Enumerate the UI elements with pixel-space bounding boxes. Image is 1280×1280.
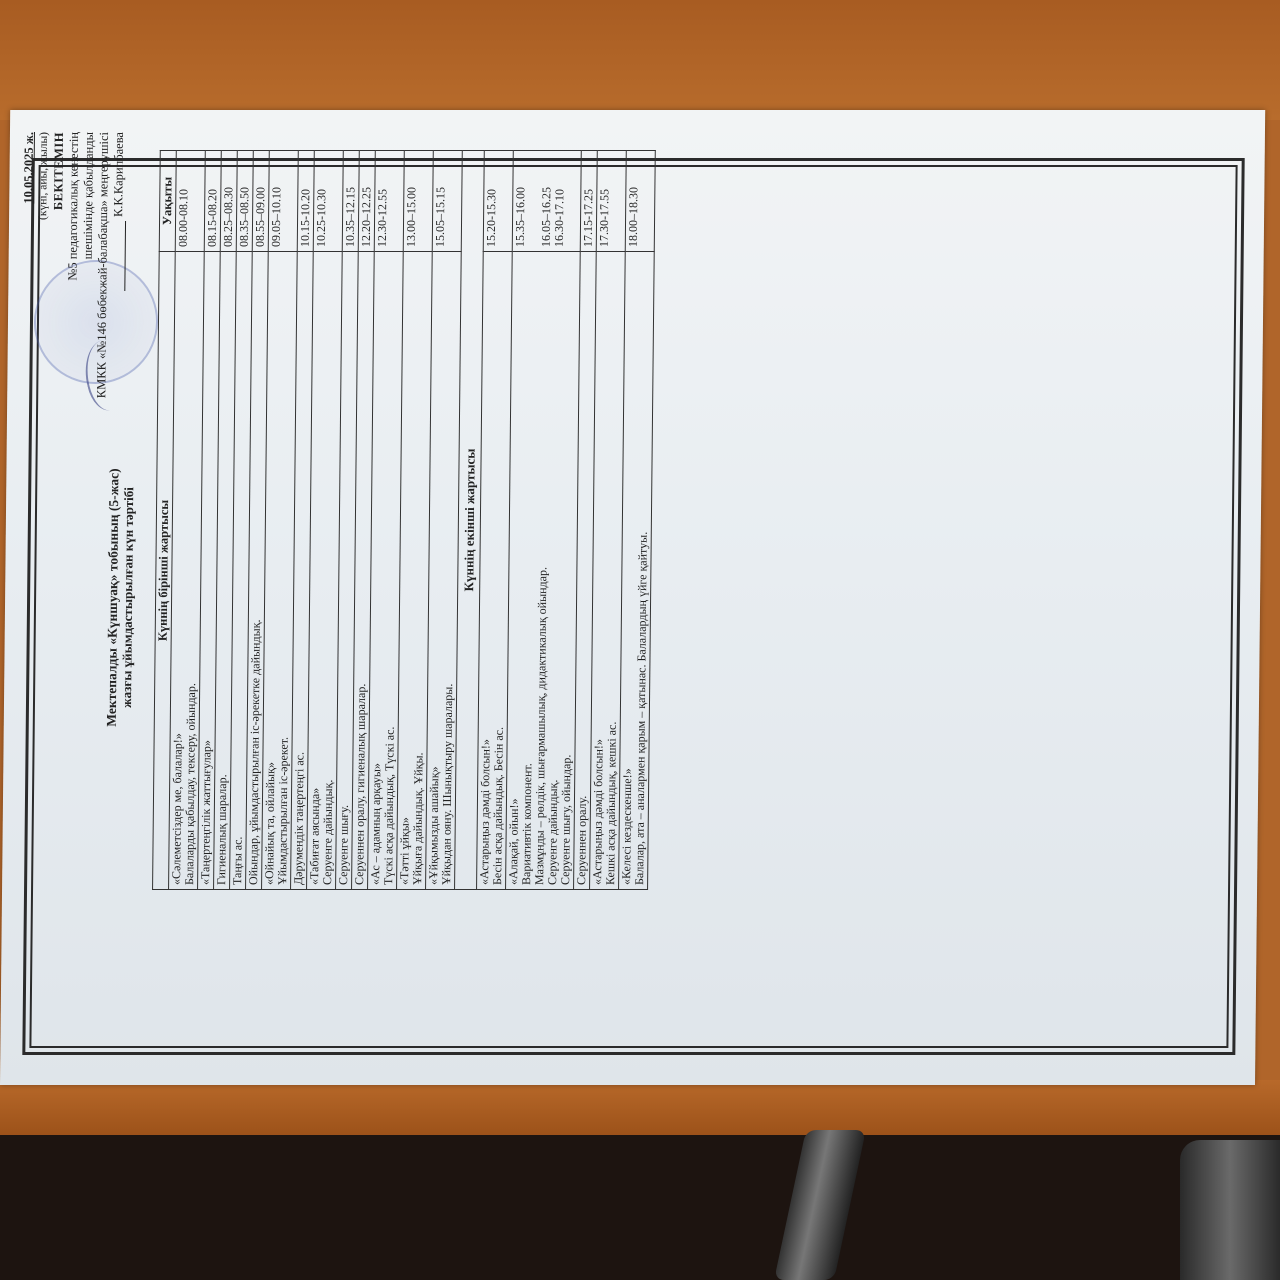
time-line: 08.35–08.50: [238, 155, 252, 247]
time-line: 15.05–15.15: [434, 155, 448, 247]
time-line: 18.00–18.30: [627, 155, 641, 247]
time-cell: 10.15-10.20: [297, 151, 314, 252]
time-cell: 15.20-15.30: [483, 151, 513, 252]
time-line: 15.20-15.30: [485, 155, 499, 247]
time-line: 08.15-08.20: [206, 155, 220, 247]
chair-leg: [1180, 1140, 1280, 1280]
time-line: [566, 155, 580, 247]
time-line: 12.20–12.25: [360, 155, 374, 247]
time-cell: 08.00-08.10: [175, 151, 205, 252]
time-line: 13.00–15.00: [405, 155, 419, 247]
time-line: 16.30-17.10: [553, 155, 567, 247]
header-time: Уақыты: [159, 151, 176, 252]
time-line: 09.05–10.10: [270, 155, 284, 247]
time-cell: 17.15-17.25: [580, 151, 597, 252]
time-cell: 08.35–08.50: [236, 151, 253, 252]
time-line: 08.00-08.10: [177, 155, 191, 247]
time-cell: 15.35–16.00 16.05–16.2516.30-17.10: [512, 151, 581, 252]
daily-schedule-table: Күннің бірінші жартысы Уақыты «Сәлеметсі…: [152, 150, 656, 890]
time-line: 15.35–16.00: [514, 155, 528, 247]
first-half-rows: «Сәлеметсіздер ме, балалар!»Балаларды қа…: [169, 151, 463, 890]
time-line: 10.35–12.15: [344, 155, 358, 247]
time-cell: 10.35–12.15: [342, 151, 359, 252]
time-line: 17.15-17.25: [582, 155, 596, 247]
floor-background: [0, 1135, 1280, 1280]
time-line: 10.25-10.30: [315, 155, 329, 247]
time-line: 10.15-10.20: [299, 155, 313, 247]
time-cell: 18.00–18.30: [625, 151, 655, 252]
desk-surface-top: [0, 0, 1280, 120]
activity-cell: «Алақай, ойын!»Вариативтік компонент.Маз…: [506, 252, 581, 890]
time-cell: 12.30-12.55: [374, 151, 404, 252]
desk-edge: [0, 1080, 1280, 1140]
time-line: 08.25–08.30: [222, 155, 236, 247]
time-line: 08.55–09.00: [254, 155, 268, 247]
time-cell: 08.15-08.20: [204, 151, 221, 252]
time-cell: 12.20–12.25: [358, 151, 375, 252]
activity-cell: «Келесі кездескенше!»Балалар, ата – анал…: [619, 252, 655, 890]
time-cell: 17.30-17.55: [596, 151, 626, 252]
time-cell: 08.55–09.00: [252, 151, 269, 252]
document-page: 10.05.2025 ж. (күні, айы, жылы) БЕКІТЕМІ…: [0, 110, 1265, 1085]
second-half-rows: «Астарыңыз дәмді болсын!»Бесін асқа дайы…: [477, 151, 656, 890]
time-cell: 13.00–15.00: [403, 151, 433, 252]
time-line: 17.30-17.55: [598, 155, 612, 247]
table-row: «Алақай, ойын!»Вариативтік компонент.Маз…: [506, 151, 582, 890]
time-cell: 15.05–15.15: [432, 151, 462, 252]
time-cell: 10.25-10.30: [313, 151, 343, 252]
time-cell: 08.25–08.30: [220, 151, 237, 252]
time-line: 12.30-12.55: [376, 155, 390, 247]
time-cell: 09.05–10.10: [268, 151, 298, 252]
